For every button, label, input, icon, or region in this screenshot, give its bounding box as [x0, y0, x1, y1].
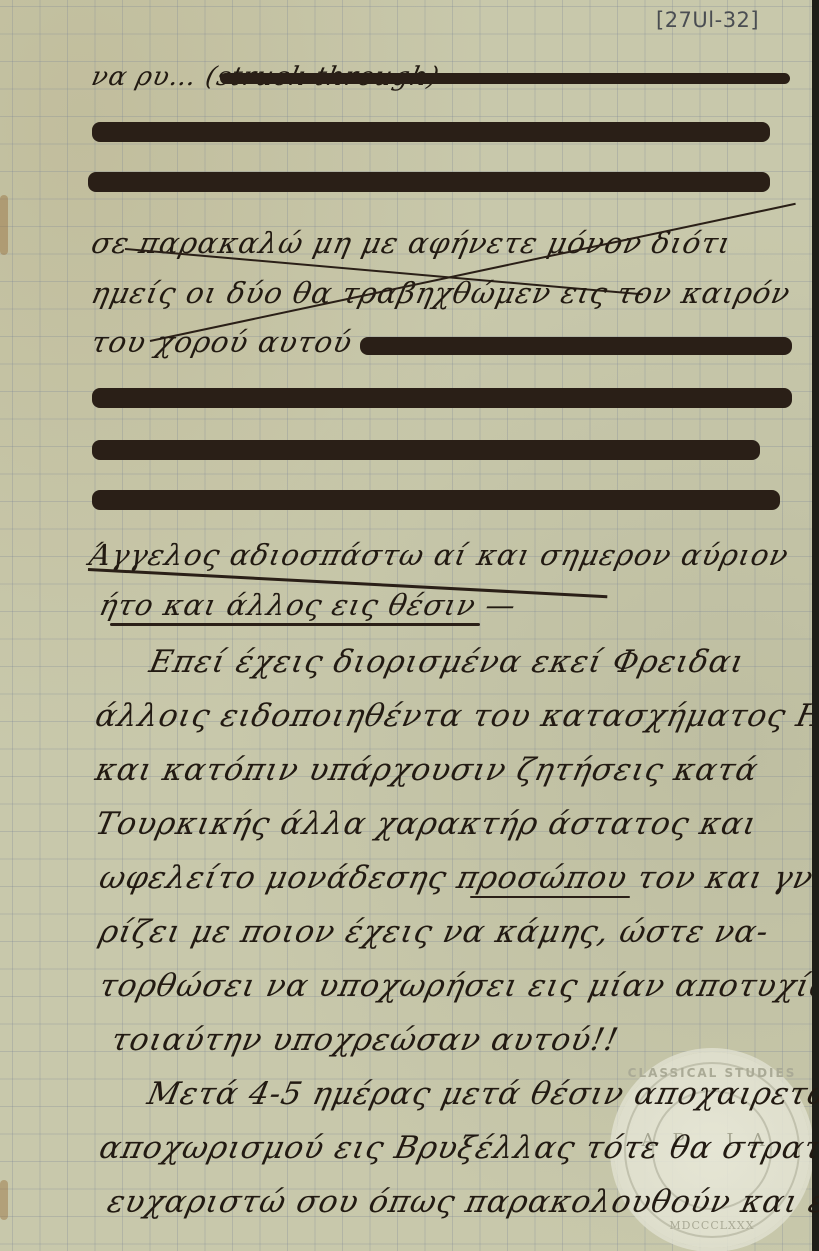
paper-stain [0, 1180, 8, 1220]
strike-line [150, 203, 796, 342]
redaction-bar [220, 73, 790, 84]
scan-border [812, 0, 819, 1251]
handwritten-line: ρίζει με ποιον έχεις να κάμης, ώστε να- [96, 914, 772, 950]
handwritten-line: ήτο και άλλος εις θέσιν — [96, 588, 519, 622]
handwritten-line: αποχωρισμού εις Βρυξέλλας τότε θα στρατη… [96, 1130, 819, 1166]
archive-reference: [27Ul-32] [656, 8, 759, 32]
redaction-bar [92, 122, 770, 142]
scanned-letter-page: [27Ul-32] να ρυ… (struck through) σε παρ… [0, 0, 812, 1251]
handwritten-line: του χορού αυτού [88, 325, 355, 359]
handwritten-line: Τουρκικής άλλα χαρακτήρ άστατος και [92, 806, 760, 842]
handwritten-line: Άγγελος αδιοσπάστω αί και σημερον αύριον [86, 538, 792, 572]
handwritten-line: τοιαύτην υποχρεώσαν αυτού!! [108, 1022, 622, 1058]
underline-mark [470, 896, 630, 898]
handwritten-line: ημείς οι δύο θα τραβηχθώμεν εις τον καιρ… [88, 276, 794, 310]
handwritten-line: και κατόπιν υπάρχουσιν ζητήσεις κατά [92, 752, 762, 788]
paper-stain [0, 195, 8, 255]
handwritten-line: Επεί έχεις διορισμένα εκεί Φρειδαι [146, 644, 748, 680]
handwritten-line: τορθώσει να υποχωρήσει εις μίαν αποτυχία… [96, 968, 819, 1004]
redaction-bar [92, 440, 760, 460]
handwritten-line: άλλοις ειδοποιηθέντα του κατασχήματος He… [92, 698, 819, 734]
handwritten-line: ευχαριστώ σου όπως παρακολουθούν και εις… [104, 1184, 819, 1220]
seal-bottom-text: MDCCCLXXX [614, 1219, 810, 1232]
redaction-bar [92, 388, 792, 408]
underline-mark [110, 623, 480, 626]
handwritten-line: ωφελείτο μονάδεσης προσώπου τον και γνω- [96, 860, 819, 896]
redaction-bar [360, 337, 792, 355]
redaction-bar [88, 172, 770, 192]
redaction-bar [92, 490, 780, 510]
handwritten-line: Μετά 4-5 ημέρας μετά θέσιν αποχαιρετώ [144, 1076, 819, 1112]
